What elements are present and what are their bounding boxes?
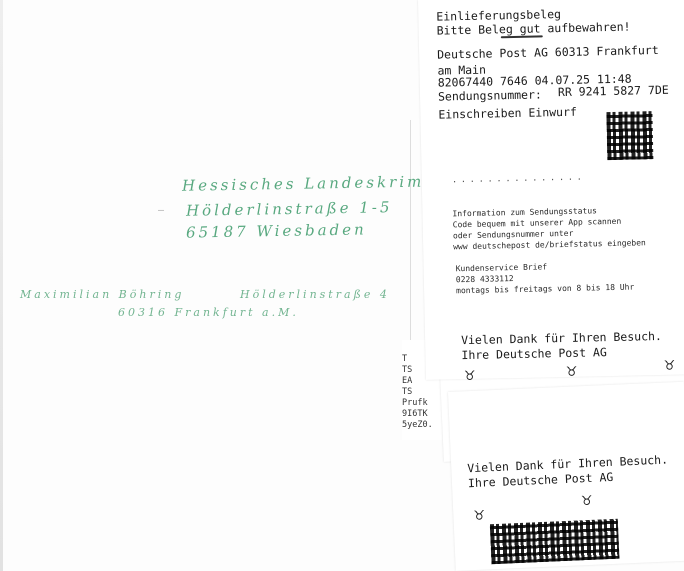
post-horn-icon: ♉ — [581, 494, 593, 509]
post-horn-icon: ♉ — [473, 509, 485, 524]
qr-code — [490, 519, 620, 565]
branch-text: Deutsche Post AG 60313 Frankfurt — [437, 43, 659, 62]
dash-mark: — — [158, 205, 164, 216]
service-line: Kundenservice Brief — [456, 262, 548, 273]
datamatrix-code — [606, 111, 653, 160]
signature-text: Ihre Deutsche Post AG — [461, 345, 607, 362]
service-line: montags bis freitags von 8 bis 18 Uhr — [456, 283, 634, 296]
post-horn-icon: ♉ — [664, 359, 676, 374]
tracking-number: RR 9241 5827 7DE — [558, 83, 669, 99]
recipient-line-3: 65187 Wiesbaden — [186, 220, 367, 241]
sender-city: 60316 Frankfurt a.M. — [118, 306, 299, 319]
info-line: www deutschepost de/briefstatus eingeben — [453, 238, 646, 251]
thanks-text: Vielen Dank für Ihren Besuch. — [461, 329, 662, 347]
recipient-line-2: Hölderlinstraße 1-5 — [186, 198, 393, 220]
envelope-edge — [0, 0, 3, 571]
receipt-bottom: Vielen Dank für Ihren Besuch. Ihre Deuts… — [448, 382, 684, 571]
product-text: Einschreiben Einwurf — [438, 105, 577, 122]
partial-line: Prufk — [402, 398, 442, 409]
partial-line: 5yeZ0. — [402, 420, 442, 431]
sender-street: Hölderlinstraße 4 — [240, 288, 390, 301]
partial-line: TS — [402, 387, 442, 398]
sender-name: Maximilian Böhring — [20, 288, 184, 301]
info-line: oder Sendungsnummer unter — [453, 229, 574, 241]
pen-underline — [501, 35, 543, 38]
partial-line: 9I6TK — [402, 409, 442, 420]
receipt-einlieferungsbeleg: Einlieferungsbeleg Bitte Beleg gut aufbe… — [418, 0, 684, 380]
post-horn-icon: ♉ — [566, 365, 578, 380]
info-line: Code bequem mit unserer App scannen — [453, 217, 622, 230]
info-line: Information zum Sendungsstatus — [452, 206, 597, 218]
dotted-separator: ............... — [452, 173, 586, 186]
tracking-label: Sendungsnummer: — [438, 87, 542, 103]
post-horn-icon: ♉ — [464, 369, 476, 384]
service-line: 0228 4333112 — [456, 274, 514, 284]
